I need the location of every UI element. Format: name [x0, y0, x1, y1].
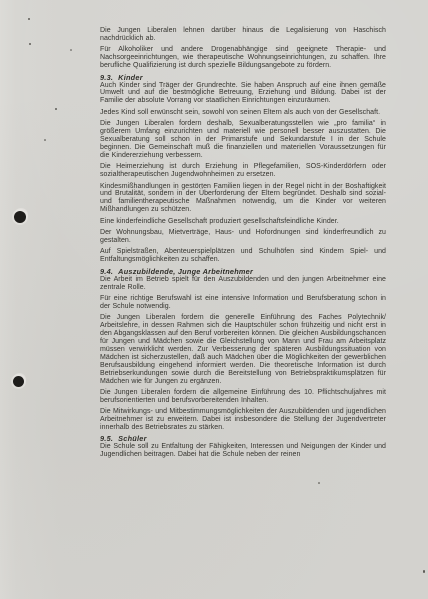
paragraph: Auch Kinder sind Träger der Grundrechte.…: [100, 82, 386, 106]
paragraph: Der Wohnungsbau, Mietverträge, Haus- und…: [100, 229, 386, 245]
document-body: Die Jungen Liberalen lehnen darüber hina…: [100, 0, 386, 463]
paragraph: Kindesmißhandlungen in gestörten Familie…: [100, 183, 386, 215]
scan-speck: [28, 18, 30, 20]
paragraph: Die Arbeit im Betrieb spielt für den Aus…: [100, 276, 386, 292]
intro-paragraph: Für Alkoholiker und andere Drogenabhängi…: [100, 46, 386, 70]
scan-speck: [55, 108, 57, 110]
section-title: Kinder: [118, 73, 143, 82]
section-heading-9-5: 9.5.Schüler: [100, 435, 386, 443]
scan-speck: [44, 139, 46, 141]
section-number: 9.5.: [100, 434, 113, 443]
paragraph: Jedes Kind soll erwünscht sein, sowohl v…: [100, 109, 386, 117]
section-heading-9-4: 9.4.Auszubildende, Junge Arbeitnehmer: [100, 268, 386, 276]
paragraph: Die Jungen Liberalen fordern deshalb, Se…: [100, 120, 386, 160]
paragraph: Für eine richtige Berufswahl ist eine in…: [100, 295, 386, 311]
paragraph: Die Mitwirkungs- und Mitbestimmungsmögli…: [100, 408, 386, 432]
section-title: Schüler: [118, 434, 147, 443]
paragraph: Auf Spielstraßen, Abenteuerspielplätzen …: [100, 248, 386, 264]
paragraph: Die Jungen Liberalen fordern die generel…: [100, 314, 386, 385]
section-heading-9-3: 9.3.Kinder: [100, 74, 386, 82]
section-title: Auszubildende, Junge Arbeitnehmer: [118, 267, 253, 276]
scan-speck: [29, 43, 31, 45]
scan-speck: [318, 482, 320, 484]
paragraph: Die Schule soll zu Entfaltung der Fähigk…: [100, 443, 386, 459]
paragraph: Die Jungen Liberalen fordern die allgeme…: [100, 389, 386, 405]
section-number: 9.3.: [100, 73, 113, 82]
paragraph: Die Heimerziehung ist durch Erziehung in…: [100, 163, 386, 179]
scan-speck: [70, 49, 72, 51]
hole-punch-icon: [14, 211, 26, 223]
hole-punch-icon: [13, 376, 24, 387]
paragraph: Eine kinderfeindliche Gesellschaft produ…: [100, 218, 386, 226]
scanned-page: Die Jungen Liberalen lehnen darüber hina…: [0, 0, 428, 599]
scan-speck: [423, 570, 425, 573]
intro-paragraph: Die Jungen Liberalen lehnen darüber hina…: [100, 27, 386, 43]
section-number: 9.4.: [100, 267, 113, 276]
